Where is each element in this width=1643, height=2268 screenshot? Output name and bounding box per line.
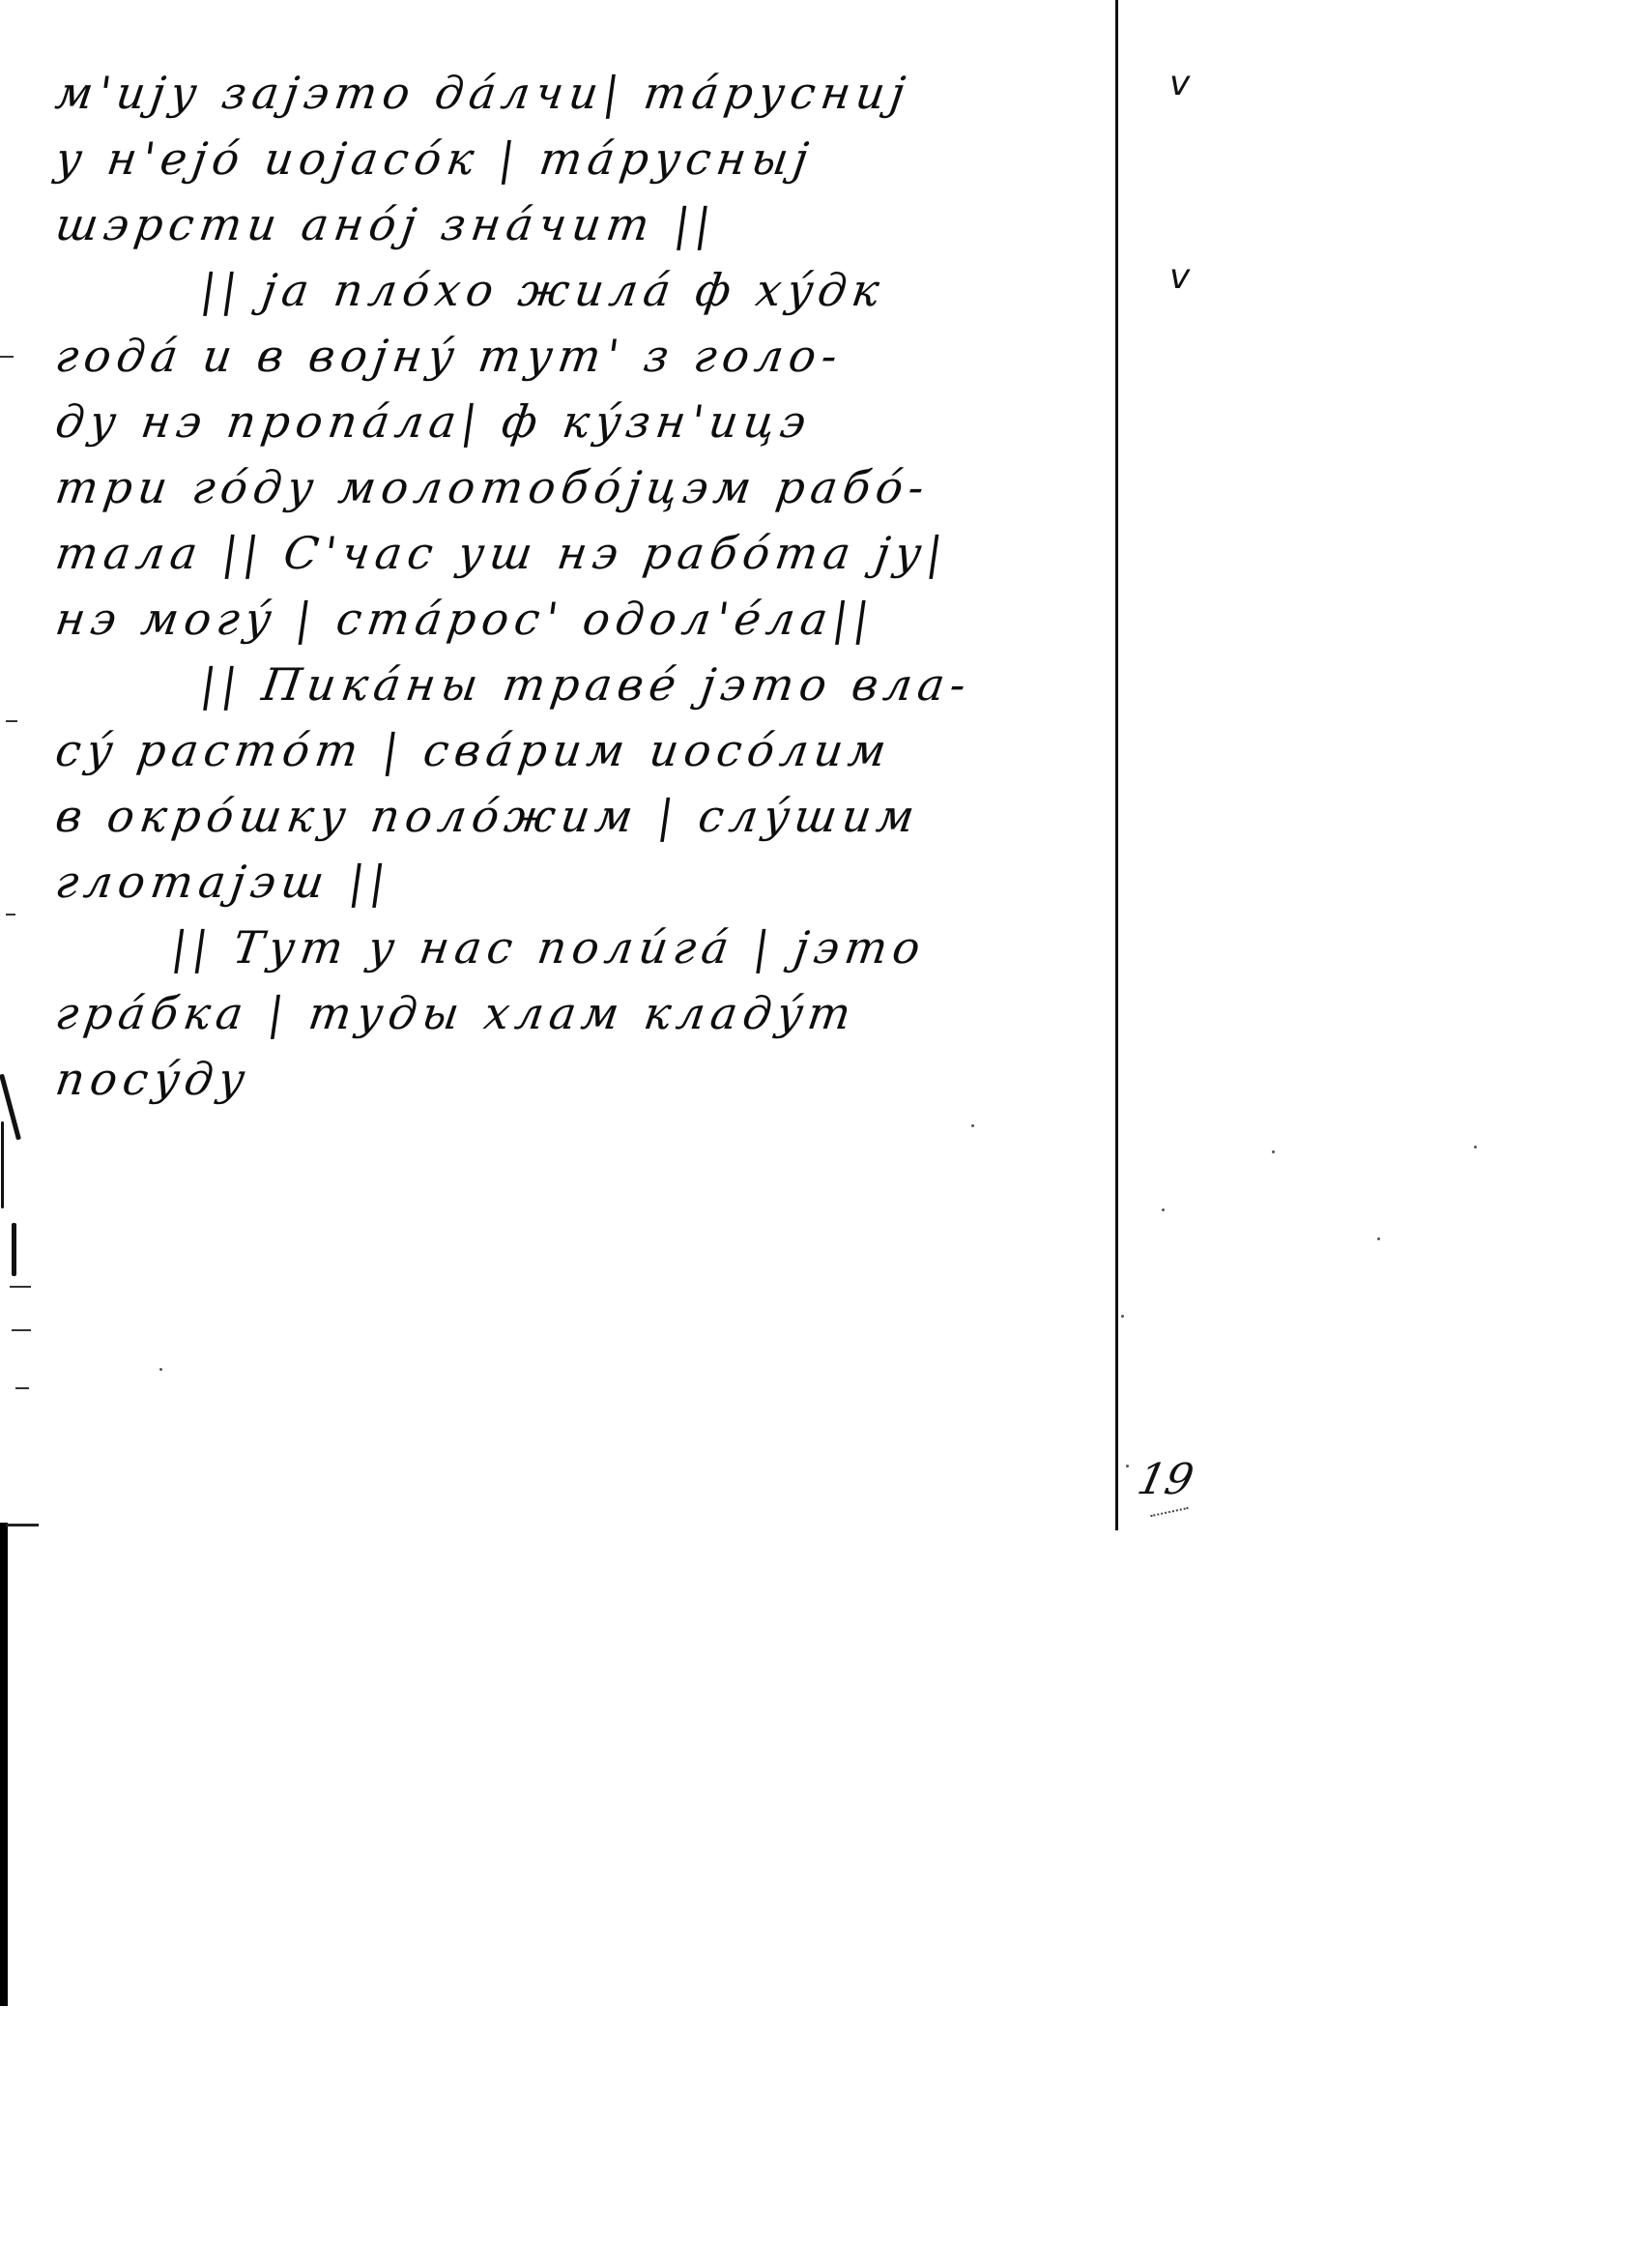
text-line: глотаjэш || [51, 849, 1134, 915]
scan-speck [1474, 1146, 1477, 1149]
scan-edge-stroke [12, 1223, 16, 1276]
text-line: в окрóшку полóжим | слýшим [51, 783, 1134, 849]
text-line-paragraph-start: || jа плóхо жилá ф хýдк [51, 257, 1134, 323]
scan-speck [1121, 1315, 1124, 1318]
scan-speck [1272, 1150, 1275, 1153]
text-line: годá и в воjнý тут' з голо- [51, 323, 1134, 389]
scan-edge-tick [0, 356, 14, 358]
scan-edge-tick [10, 1286, 31, 1288]
text-line: м'иjу зајэто дáлчи| тáрусниј [51, 60, 1134, 126]
scan-edge-mark [6, 1524, 39, 1527]
text-line: грáбка | туды хлам кладýт [51, 980, 1134, 1046]
scan-speck [1126, 1465, 1129, 1468]
scan-edge-tick [15, 1387, 29, 1389]
scan-speck [1162, 1208, 1165, 1211]
scan-edge-tick [12, 1329, 31, 1331]
scan-speck [971, 1124, 974, 1127]
handwritten-text-block: м'иjу зајэто дáлчи| тáрусниј у н'еjó иој… [56, 60, 1129, 1112]
text-line-paragraph-start: || Пикáны травé jэто вла- [51, 652, 1134, 717]
text-line-paragraph-start: || Тут у нас полúгá | jэто [51, 915, 1134, 980]
scan-speck [1377, 1237, 1380, 1240]
scan-edge-tick [6, 720, 17, 722]
text-line: ду нэ пропáла| ф кýзн'ицэ [51, 389, 1134, 454]
text-line: тала || С'час уш нэ рабóта jу| [51, 520, 1134, 586]
text-line: у н'еjó иојасóк | тáрусныj [51, 126, 1134, 191]
checkmark-margin-icon: v [1169, 257, 1190, 297]
scan-edge-tick [6, 914, 15, 916]
scan-speck [159, 1368, 162, 1371]
text-line: нэ могý | стáрос' одол'éла|| [51, 586, 1134, 652]
scan-edge-bar [0, 1523, 8, 2006]
text-line: сý растóт | свáрим иосóлим [51, 717, 1134, 783]
text-line: шэрсти анój знáчит || [51, 191, 1134, 257]
scan-edge-stroke [1, 1121, 4, 1208]
text-line: посýду [51, 1046, 1134, 1112]
text-line: три гóду молотобóјцэм рабó- [51, 454, 1134, 520]
page-number-underline [1150, 1507, 1189, 1517]
page-number: 19 [1134, 1455, 1198, 1504]
scanned-page: м'иjу зајэто дáлчи| тáрусниј у н'еjó иој… [0, 0, 1643, 2268]
checkmark-margin-icon: v [1169, 64, 1190, 103]
